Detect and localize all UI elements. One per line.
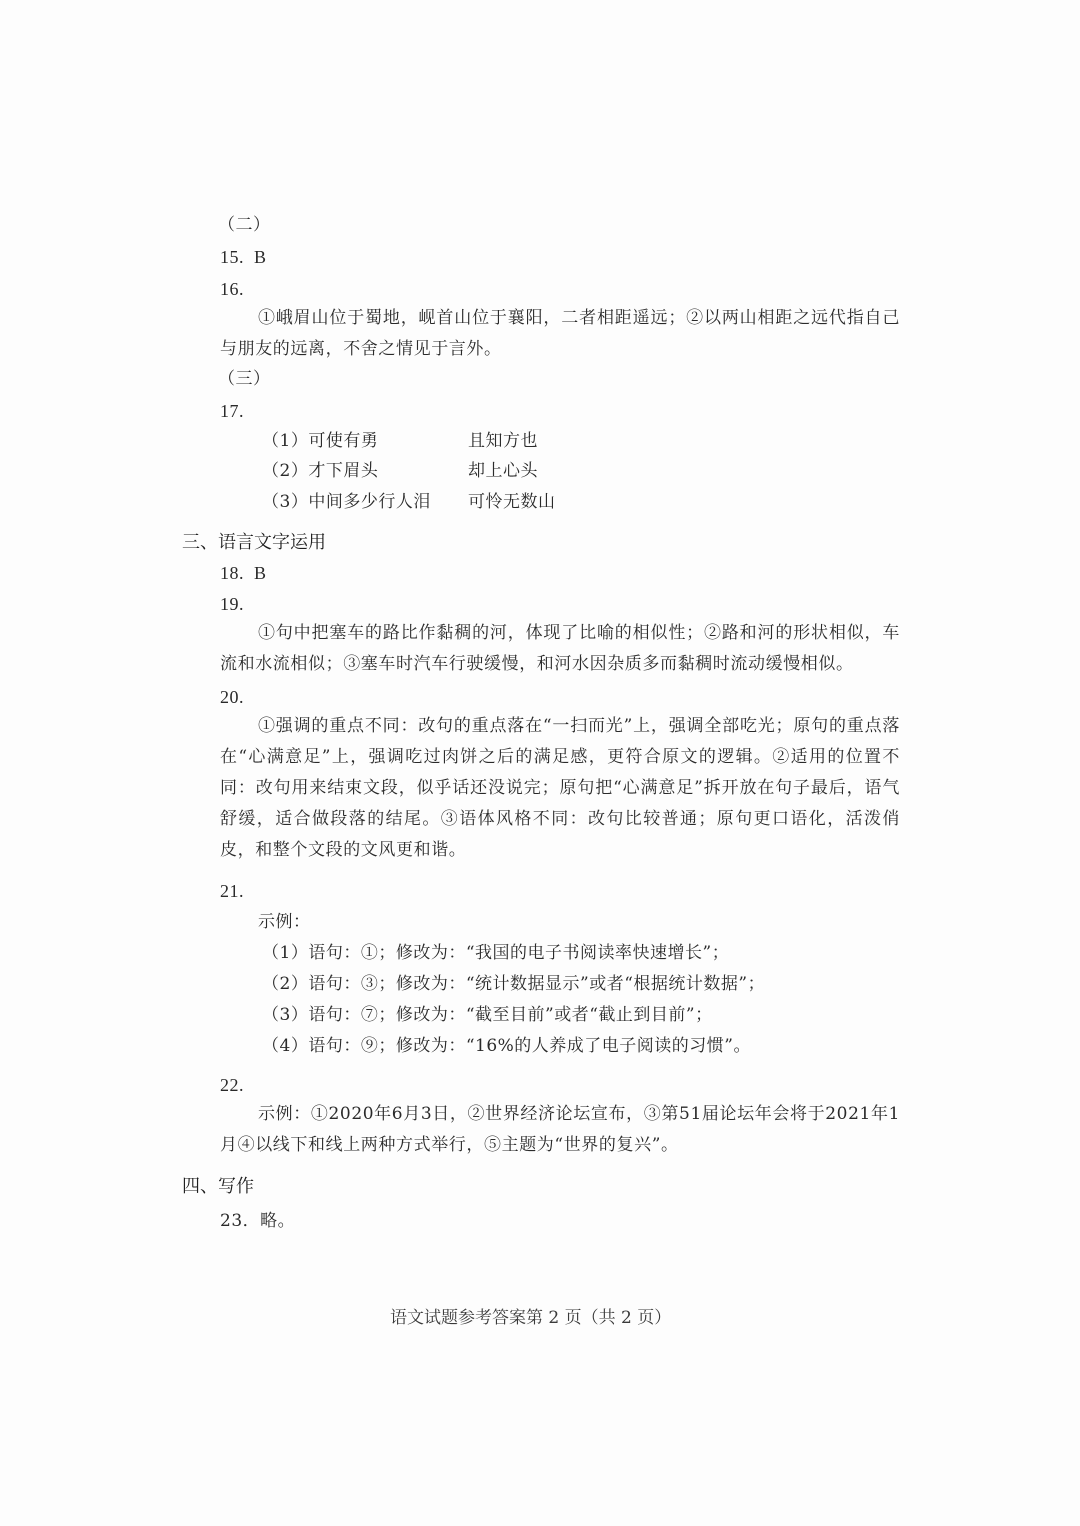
q21-example-label: 示例： [258,911,311,933]
q16-text: ①峨眉山位于蜀地，岘首山位于襄阳，二者相距遥远；②以两山相距之远代指自己与朋友的… [220,303,900,365]
q17-number: 17. [220,400,244,422]
q19-text: ①句中把塞车的路比作黏稠的河，体现了比喻的相似性；②路和河的形状相似，车流和水流… [220,618,900,680]
q17-item-3-label: （3）中间多少行人泪 [262,491,431,513]
q17-item-2-answer: 却上心头 [468,460,538,482]
q18-choice: B [254,563,267,583]
q23-text: 23．略。 [220,1210,295,1232]
q17-item-3-answer: 可怜无数山 [468,491,556,513]
part-3-label: （三） [218,368,271,390]
q22-number: 22. [220,1074,244,1096]
q15-number: 15. [220,247,244,267]
q17-item-1-label: （1）可使有勇 [262,430,378,452]
q18-answer: 18. B [220,562,267,584]
q18-number: 18. [220,563,244,583]
q21-item-3: （3）语句：⑦；修改为：“截至目前”或者“截止到目前”； [262,1004,713,1026]
q16-number: 16. [220,278,244,300]
q21-item-1: （1）语句：①；修改为：“我国的电子书阅读率快速增长”； [262,942,729,964]
answer-key-page: （二） 15. B 16. ①峨眉山位于蜀地，岘首山位于襄阳，二者相距遥远；②以… [0,0,1080,1526]
section-4-heading: 四、写作 [182,1176,254,1198]
q20-text: ①强调的重点不同：改句的重点落在“一扫而光”上，强调全部吃光；原句的重点落在“心… [220,711,900,866]
page-footer: 语文试题参考答案第 2 页（共 2 页） [390,1307,671,1329]
q17-item-2-label: （2）才下眉头 [262,460,378,482]
q17-item-1-answer: 且知方也 [468,430,538,452]
q21-item-2: （2）语句：③；修改为：“统计数据显示”或者“根据统计数据”； [262,973,765,995]
section-3-heading: 三、语言文字运用 [182,532,326,554]
q15-answer: 15. B [220,246,267,268]
q21-item-4: （4）语句：⑨；修改为：“16%的人养成了电子阅读的习惯”。 [262,1035,751,1057]
q21-number: 21. [220,880,244,902]
q15-choice: B [254,247,267,267]
q20-number: 20. [220,686,244,708]
q19-number: 19. [220,593,244,615]
q22-text: 示例：①2020年6月3日，②世界经济论坛宣布，③第51届论坛年会将于2021年… [220,1099,900,1161]
part-2-label: （二） [218,214,271,236]
